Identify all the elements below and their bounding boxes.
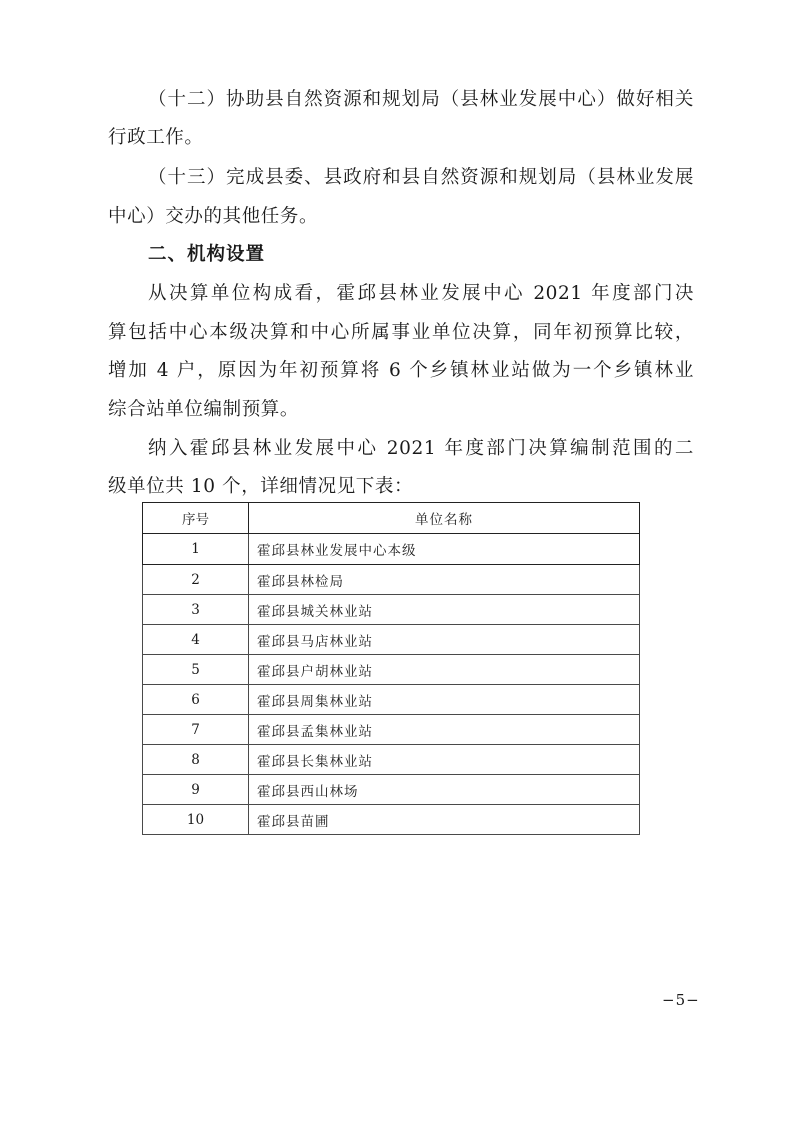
table-row: 8 霍邱县长集林业站: [143, 745, 640, 775]
row-number: 3: [143, 595, 249, 625]
row-number: 9: [143, 775, 249, 805]
section-heading: 二、机构设置: [148, 243, 265, 267]
row-unit-name: 霍邱县林检局: [249, 565, 640, 595]
paragraph-structure-line4: 综合站单位编制预算。: [108, 398, 694, 422]
row-unit-name: 霍邱县长集林业站: [249, 745, 640, 775]
paragraph-item12-line1: （十二）协助县自然资源和规划局（县林业发展中心）做好相关: [148, 88, 694, 112]
table-row: 10 霍邱县苗圃: [143, 805, 640, 835]
row-number: 7: [143, 715, 249, 745]
table-row: 6 霍邱县周集林业站: [143, 685, 640, 715]
row-unit-name: 霍邱县户胡林业站: [249, 655, 640, 685]
row-unit-name: 霍邱县周集林业站: [249, 685, 640, 715]
row-unit-name: 霍邱县西山林场: [249, 775, 640, 805]
row-number: 5: [143, 655, 249, 685]
table-row: 5 霍邱县户胡林业站: [143, 655, 640, 685]
table-row: 3 霍邱县城关林业站: [143, 595, 640, 625]
paragraph-item12-line2: 行政工作。: [108, 126, 694, 150]
paragraph-structure-line2: 算包括中心本级决算和中心所属事业单位决算，同年初预算比较，: [108, 321, 694, 345]
row-number: 2: [143, 565, 249, 595]
row-number: 4: [143, 625, 249, 655]
row-unit-name: 霍邱县孟集林业站: [249, 715, 640, 745]
paragraph-scope-line1: 纳入霍邱县林业发展中心 2021 年度部门决算编制范围的二: [148, 437, 694, 461]
header-number: 序号: [143, 503, 249, 534]
row-number: 10: [143, 805, 249, 835]
table-header-row: 序号 单位名称: [143, 503, 640, 534]
paragraph-structure-line1: 从决算单位构成看，霍邱县林业发展中心 2021 年度部门决: [148, 282, 694, 306]
row-unit-name: 霍邱县马店林业站: [249, 625, 640, 655]
row-unit-name: 霍邱县林业发展中心本级: [249, 534, 640, 565]
paragraph-scope-line2: 级单位共 10 个，详细情况见下表：: [108, 475, 694, 499]
table-row: 9 霍邱县西山林场: [143, 775, 640, 805]
header-unit-name: 单位名称: [249, 503, 640, 534]
row-number: 1: [143, 534, 249, 565]
paragraph-item13-line2: 中心）交办的其他任务。: [108, 205, 694, 229]
table-row: 4 霍邱县马店林业站: [143, 625, 640, 655]
table-row: 1 霍邱县林业发展中心本级: [143, 534, 640, 565]
row-number: 6: [143, 685, 249, 715]
table-row: 2 霍邱县林检局: [143, 565, 640, 595]
table-row: 7 霍邱县孟集林业站: [143, 715, 640, 745]
units-table: 序号 单位名称 1 霍邱县林业发展中心本级 2 霍邱县林检局 3 霍邱县城关林业…: [142, 502, 640, 835]
paragraph-structure-line3: 增加 4 户，原因为年初预算将 6 个乡镇林业站做为一个乡镇林业: [108, 359, 694, 383]
document-page: （十二）协助县自然资源和规划局（县林业发展中心）做好相关 行政工作。 （十三）完…: [0, 0, 793, 1122]
page-number: −5−: [662, 990, 700, 1010]
row-number: 8: [143, 745, 249, 775]
row-unit-name: 霍邱县城关林业站: [249, 595, 640, 625]
paragraph-item13-line1: （十三）完成县委、县政府和县自然资源和规划局（县林业发展: [148, 166, 694, 190]
row-unit-name: 霍邱县苗圃: [249, 805, 640, 835]
